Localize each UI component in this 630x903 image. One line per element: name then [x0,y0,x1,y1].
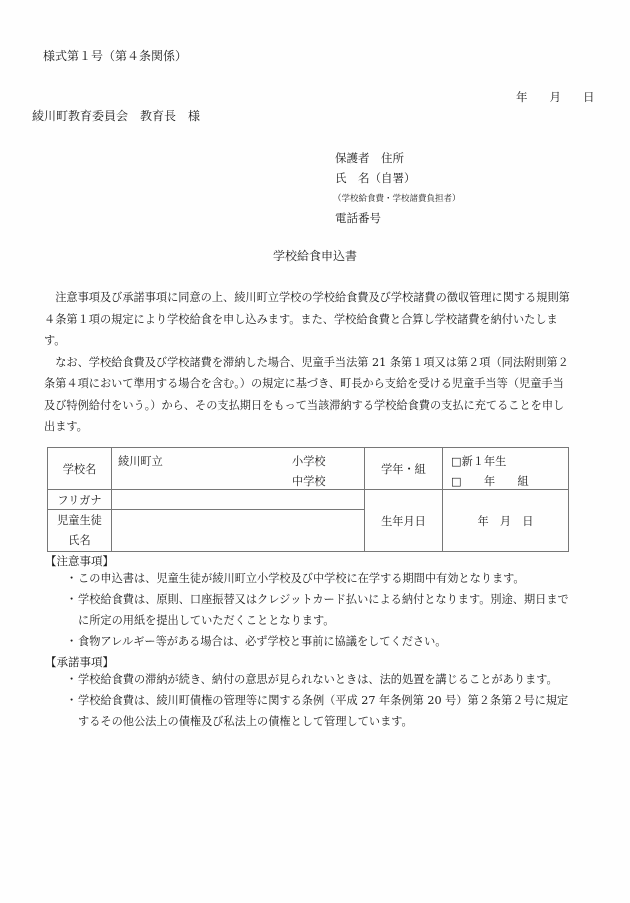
date-day-label: 日 [583,92,595,104]
body-text: 注意事項及び承諾事項に同意の上、綾川町立学校の学校給食費及び学校諸費の徴収管理に… [44,287,572,438]
grade-class-field[interactable]: □新１年生 □ 年 組 [443,448,569,490]
notes-list: この申込書は、児童生徒が綾川町立小学校及び中学校に在学する期間中有効となります。… [66,568,576,652]
school-name-label: 学校名 [48,448,112,490]
notes-heading: 【注意事項】 [45,553,114,569]
note-item: この申込書は、児童生徒が綾川町立小学校及び中学校に在学する期間中有効となります。 [66,568,576,589]
school-prefix: 綾川町立 [118,453,163,469]
new-first-grade-checkbox[interactable]: □新１年生 [451,453,506,469]
student-name-label: 児童生徒 氏名 [48,510,112,552]
guardian-address-label: 保護者 住所 [335,153,404,165]
body-paragraph: なお、学校給食費及び学校諸費を滞納した場合、児童手当法第 21 条第１項又は第２… [44,352,572,438]
application-table: 学校名 綾川町立 小学校 中学校 学年・組 □新１年生 □ 年 組 フリガナ 生… [47,447,569,552]
student-name-label-line2: 氏名 [48,531,111,551]
school-type-junior-high: 中学校 [292,473,326,489]
school-type-elementary: 小学校 [292,453,326,469]
furigana-field[interactable] [112,490,365,510]
document-title: 学校給食申込書 [0,250,630,262]
note-item: 食物アレルギー等がある場合は、必ず学校と事前に協議をしてください。 [66,631,576,652]
body-paragraph: 注意事項及び承諾事項に同意の上、綾川町立学校の学校給食費及び学校諸費の徴収管理に… [44,287,572,352]
phone-label: 電話番号 [335,213,381,225]
school-name-field[interactable]: 綾川町立 小学校 中学校 [112,448,365,490]
birthdate-label: 生年月日 [365,490,443,552]
form-number: 様式第１号（第４条関係） [43,50,187,62]
date-month-label: 月 [550,92,562,104]
birthdate-field[interactable]: 年 月 日 [443,490,569,552]
date-field[interactable]: 年月日 [516,92,595,104]
consent-item: 学校給食費の滞納が続き、納付の意思が見られないときは、法的処置を講じることがあり… [66,669,576,690]
student-name-label-line1: 児童生徒 [48,511,111,531]
note-item: 学校給食費は、原則、口座振替又はクレジットカード払いによる納付となります。別途、… [66,589,576,631]
addressee: 綾川町教育委員会 教育長 様 [32,110,200,122]
student-name-field[interactable] [112,510,365,552]
consent-heading: 【承諾事項】 [45,654,114,670]
grade-class-checkbox[interactable]: □ 年 組 [451,473,529,489]
guardian-name-label: 氏 名（自署） [335,173,416,185]
date-year-label: 年 [516,92,528,104]
consent-list: 学校給食費の滞納が続き、納付の意思が見られないときは、法的処置を講じることがあり… [66,669,576,732]
payer-note: （学校給食費・学校諸費負担者） [333,195,461,204]
consent-item: 学校給食費は、綾川町債権の管理等に関する条例（平成 27 年条例第 20 号）第… [66,690,576,732]
grade-class-label: 学年・組 [365,448,443,490]
furigana-label: フリガナ [48,490,112,510]
